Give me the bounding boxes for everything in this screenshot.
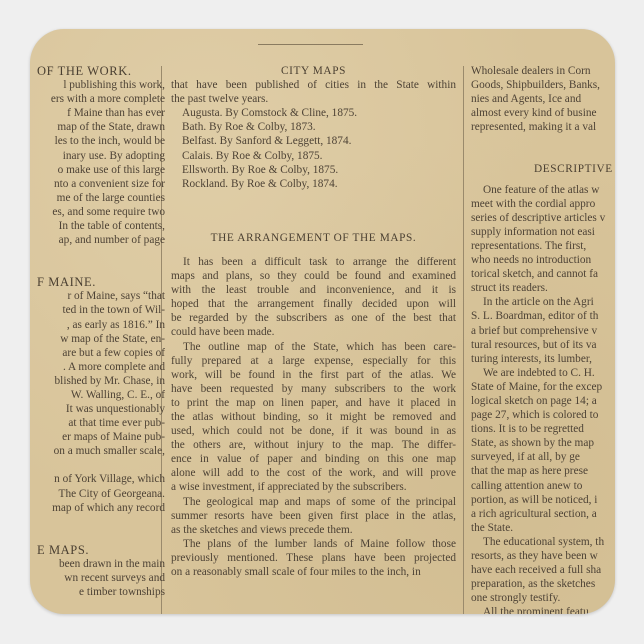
text-line: Wholesale dealers in Corn bbox=[471, 64, 615, 78]
text-line: supply information not easi bbox=[471, 225, 615, 239]
text-line: wn recent surveys and bbox=[30, 571, 165, 585]
text-line: meet with the cordial appro bbox=[471, 197, 615, 211]
text-line: S. L. Boardman, editor of th bbox=[471, 309, 615, 323]
text-line: to print the map on linen paper, and hav… bbox=[171, 396, 456, 410]
heading-the-maps: E MAPS. bbox=[30, 543, 165, 557]
text-line: a wise investment, if appreciated by the… bbox=[171, 480, 456, 494]
text-line: r of Maine, says “that bbox=[30, 289, 165, 303]
text-line: page 27, which is colored to bbox=[471, 408, 615, 422]
text-line: a rich agricultural section, a bbox=[471, 507, 615, 521]
right-para-6: All the prominent featuof the State are … bbox=[471, 605, 615, 614]
text-line: l publishing this work, bbox=[30, 78, 165, 92]
paragraph: It has been a difficult task to arrange … bbox=[171, 255, 456, 340]
text-line: It has been a difficult task to arrange … bbox=[171, 255, 456, 269]
left-para-2: r of Maine, says “thatted in the town of… bbox=[30, 289, 165, 458]
text-line: er maps of Maine pub- bbox=[30, 430, 165, 444]
text-line: In the table of contents, bbox=[30, 219, 165, 233]
text-line: series of descriptive articles v bbox=[471, 211, 615, 225]
text-line: at that time ever pub- bbox=[30, 416, 165, 430]
text-line: who needs no introduction bbox=[471, 253, 615, 267]
arrangement-body: It has been a difficult task to arrange … bbox=[171, 255, 456, 579]
text-line: on a much smaller scale, bbox=[30, 444, 165, 458]
text-line: nies and Agents, Ice and bbox=[471, 92, 615, 106]
text-line: map of the State, drawn bbox=[30, 120, 165, 134]
text-line: with the least trouble and inconvenience… bbox=[171, 283, 456, 297]
text-line: tions. It is to be regretted bbox=[471, 422, 615, 436]
text-line: Calais. By Roe & Colby, 1875. bbox=[171, 149, 456, 163]
text-line: a brief but comprehensive v bbox=[471, 324, 615, 338]
atlas-page: OF THE WORK. l publishing this work,ers … bbox=[30, 29, 615, 614]
city-maps-intro: that have been published of cities in th… bbox=[171, 78, 456, 106]
text-line: on a reasonably small scale of four mile… bbox=[171, 565, 456, 579]
text-line: maps and plans, so they could be found a… bbox=[171, 269, 456, 283]
text-line: one strongly testify. bbox=[471, 591, 615, 605]
column-divider-right bbox=[463, 66, 464, 614]
text-line: Belfast. By Sanford & Leggett, 1874. bbox=[171, 134, 456, 148]
right-para-2: One feature of the atlas wmeet with the … bbox=[471, 183, 615, 296]
text-line: State of Maine, for the excep bbox=[471, 380, 615, 394]
text-line: that the map as here prese bbox=[471, 464, 615, 478]
paragraph: The plans of the lumber lands of Maine f… bbox=[171, 537, 456, 579]
right-para-3: In the article on the AgriS. L. Boardman… bbox=[471, 295, 615, 365]
text-line: represented, making it a val bbox=[471, 120, 615, 134]
top-rule bbox=[258, 44, 363, 45]
left-para-1: l publishing this work,ers with a more c… bbox=[30, 78, 165, 247]
text-line: be regarded by the subscribers as one of… bbox=[171, 311, 456, 325]
text-line: nto a convenient size for bbox=[30, 177, 165, 191]
text-line: representations. The first, bbox=[471, 239, 615, 253]
text-line: could have been made. bbox=[171, 325, 456, 339]
text-line: previously mentioned. These plans have b… bbox=[171, 551, 456, 565]
text-line: blished by Mr. Chase, in bbox=[30, 374, 165, 388]
text-line: , as early as 1816.” In bbox=[30, 318, 165, 332]
arrangement-heading: THE ARRANGEMENT OF THE MAPS. bbox=[171, 231, 456, 245]
text-line: inary use. By adopting bbox=[30, 149, 165, 163]
text-line: tural resources, but of its va bbox=[471, 338, 615, 352]
heading-of-maine: F MAINE. bbox=[30, 275, 165, 289]
text-line: summer resorts have been given first pla… bbox=[171, 509, 456, 523]
text-line: Ellsworth. By Roe & Colby, 1875. bbox=[171, 163, 456, 177]
right-para-4: We are indebted to C. H.State of Maine, … bbox=[471, 366, 615, 535]
text-line: been drawn in the main bbox=[30, 557, 165, 571]
text-line: In the article on the Agri bbox=[471, 295, 615, 309]
text-line: The geological map and maps of some of t… bbox=[171, 495, 456, 509]
text-line: portion, as will be noticed, i bbox=[471, 493, 615, 507]
text-line: calling attention anew to bbox=[471, 479, 615, 493]
text-line: n of York Village, which bbox=[30, 472, 165, 486]
descriptive-heading: DESCRIPTIVE bbox=[471, 162, 615, 176]
sticker-product: OF THE WORK. l publishing this work,ers … bbox=[30, 29, 615, 614]
right-column: Wholesale dealers in CornGoods, Shipbuil… bbox=[471, 64, 615, 614]
text-line: The educational system, th bbox=[471, 535, 615, 549]
text-line: have been requested by many subscribers … bbox=[171, 382, 456, 396]
text-line: w map of the State, en- bbox=[30, 332, 165, 346]
text-line: surveyed, if at all, by ge bbox=[471, 450, 615, 464]
text-line: les to the inch, would be bbox=[30, 134, 165, 148]
text-line: es, and some require two bbox=[30, 205, 165, 219]
text-line: Rockland. By Roe & Colby, 1874. bbox=[171, 177, 456, 191]
left-para-4: been drawn in the mainwn recent surveys … bbox=[30, 557, 165, 599]
left-para-3: n of York Village, whichThe City of Geor… bbox=[30, 472, 165, 514]
text-line: One feature of the atlas w bbox=[471, 183, 615, 197]
text-line: fully prepared at a large expense, espec… bbox=[171, 354, 456, 368]
text-line: map of which any record bbox=[30, 501, 165, 515]
paragraph: The geological map and maps of some of t… bbox=[171, 495, 456, 537]
text-line: e timber townships bbox=[30, 585, 165, 599]
text-line: used, which could not be done, if it was… bbox=[171, 424, 456, 438]
text-line: the past twelve years. bbox=[171, 92, 456, 106]
text-line: resorts, as they have been w bbox=[471, 549, 615, 563]
text-line: ap, and number of page bbox=[30, 233, 165, 247]
text-line: hoped that the arrangement finally decid… bbox=[171, 297, 456, 311]
text-line: All the prominent featu bbox=[471, 605, 615, 614]
text-line: preparation, as the sketches bbox=[471, 577, 615, 591]
text-line: struct its readers. bbox=[471, 281, 615, 295]
text-line: logical sketch on page 14; a bbox=[471, 394, 615, 408]
text-line: The City of Georgeana. bbox=[30, 487, 165, 501]
text-line: ted in the town of Wil- bbox=[30, 303, 165, 317]
text-line: It was unquestionably bbox=[30, 402, 165, 416]
text-line: the atlas without binding, so it might b… bbox=[171, 410, 456, 424]
text-line: me of the large counties bbox=[30, 191, 165, 205]
text-line: the State. bbox=[471, 521, 615, 535]
city-maps-list: Augusta. By Comstock & Cline, 1875.Bath.… bbox=[171, 106, 456, 191]
heading-of-the-work: OF THE WORK. bbox=[30, 64, 165, 78]
text-line: ence in value of paper and binding on th… bbox=[171, 452, 456, 466]
text-line: almost every kind of busine bbox=[471, 106, 615, 120]
text-line: work, will be found in the first part of… bbox=[171, 368, 456, 382]
text-line: o make use of this large bbox=[30, 163, 165, 177]
text-line: torical sketch, and cannot fa bbox=[471, 267, 615, 281]
right-para-1: Wholesale dealers in CornGoods, Shipbuil… bbox=[471, 64, 615, 134]
paragraph: The outline map of the State, which has … bbox=[171, 340, 456, 495]
text-line: the others are, without injury to the ma… bbox=[171, 438, 456, 452]
text-line: alone will add to the cost of the work, … bbox=[171, 466, 456, 480]
text-line: are but a few copies of bbox=[30, 346, 165, 360]
text-line: We are indebted to C. H. bbox=[471, 366, 615, 380]
text-line: . A more complete and bbox=[30, 360, 165, 374]
text-line: turing interests, its lumber, bbox=[471, 352, 615, 366]
left-column: OF THE WORK. l publishing this work,ers … bbox=[30, 64, 165, 599]
text-line: Augusta. By Comstock & Cline, 1875. bbox=[171, 106, 456, 120]
text-line: State, as shown by the map bbox=[471, 436, 615, 450]
text-line: f Maine than has ever bbox=[30, 106, 165, 120]
text-line: as the sketches and views precede them. bbox=[171, 523, 456, 537]
text-line: Goods, Shipbuilders, Banks, bbox=[471, 78, 615, 92]
text-line: have each received a full sha bbox=[471, 563, 615, 577]
text-line: The plans of the lumber lands of Maine f… bbox=[171, 537, 456, 551]
middle-column: CITY MAPS that have been published of ci… bbox=[171, 64, 456, 579]
text-line: ers with a more complete bbox=[30, 92, 165, 106]
text-line: W. Walling, C. E., of bbox=[30, 388, 165, 402]
text-line: that have been published of cities in th… bbox=[171, 78, 456, 92]
text-line: The outline map of the State, which has … bbox=[171, 340, 456, 354]
right-para-5: The educational system, thresorts, as th… bbox=[471, 535, 615, 605]
text-line: Bath. By Roe & Colby, 1873. bbox=[171, 120, 456, 134]
city-maps-heading: CITY MAPS bbox=[171, 64, 456, 78]
